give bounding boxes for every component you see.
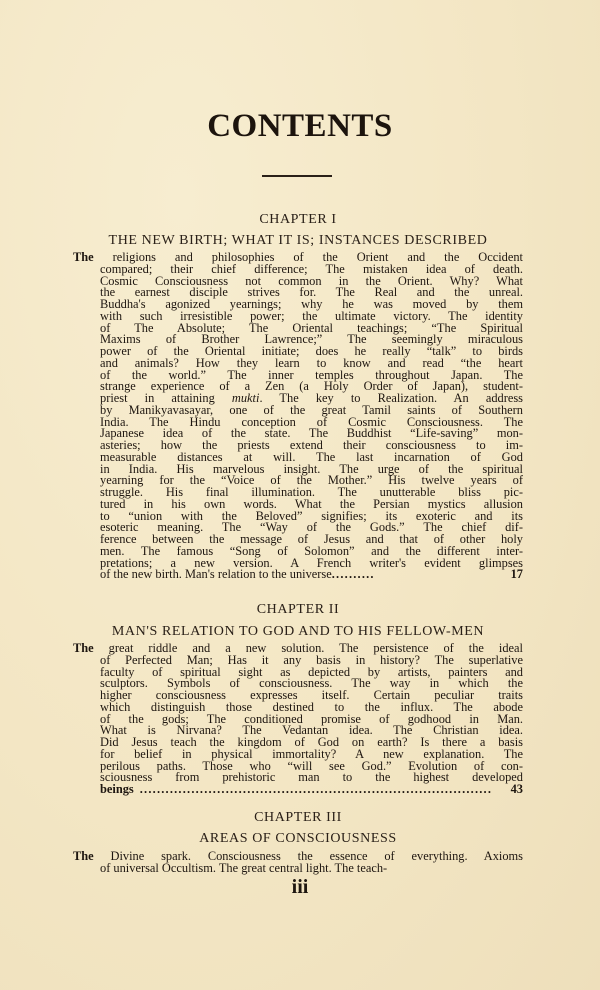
chapter-2-title: MAN'S RELATION TO GOD AND TO HIS FELLOW-… xyxy=(73,624,523,640)
chapter-2-label: CHAPTER II xyxy=(73,602,523,618)
summary-final-line: beings xyxy=(100,784,134,796)
page-title: CONTENTS xyxy=(0,108,600,145)
summary-final-line: of the new birth. Man's relation to the … xyxy=(100,569,332,581)
chapter-1-title: THE NEW BIRTH; WHAT IT IS; INSTANCES DES… xyxy=(73,233,523,249)
dot-leader: .......... xyxy=(332,569,511,581)
book-page: CONTENTS CHAPTER I THE NEW BIRTH; WHAT I… xyxy=(0,0,600,990)
chapter-3-label: CHAPTER III xyxy=(73,810,523,826)
chapter-1-label: CHAPTER I xyxy=(73,212,523,228)
summary-line: sciousness from prehistoric man to the h… xyxy=(73,772,523,784)
toc-entry-chapter-2[interactable]: beings .................................… xyxy=(73,784,523,796)
lead-word: The xyxy=(73,250,94,264)
page-folio-number: iii xyxy=(0,876,600,899)
toc-entry-chapter-1[interactable]: of the new birth. Man's relation to the … xyxy=(73,569,523,581)
dot-leader: ........................................… xyxy=(140,784,511,796)
chapter-2-summary: The great riddle and a new solution. The… xyxy=(73,643,523,796)
chapter-3-title: AREAS OF CONSCIOUSNESS xyxy=(73,831,523,847)
page-number: 17 xyxy=(511,569,523,581)
lead-word: The xyxy=(73,641,94,655)
summary-line: of universal Occultism. The great centra… xyxy=(73,863,523,875)
title-rule-divider xyxy=(262,175,332,177)
chapter-3-summary: The Divine spark. Consciousness the esse… xyxy=(73,851,523,875)
page-number: 43 xyxy=(511,784,523,796)
lead-word: The xyxy=(73,849,94,863)
chapter-1-summary: The religions and philosophies of the Or… xyxy=(73,252,523,581)
